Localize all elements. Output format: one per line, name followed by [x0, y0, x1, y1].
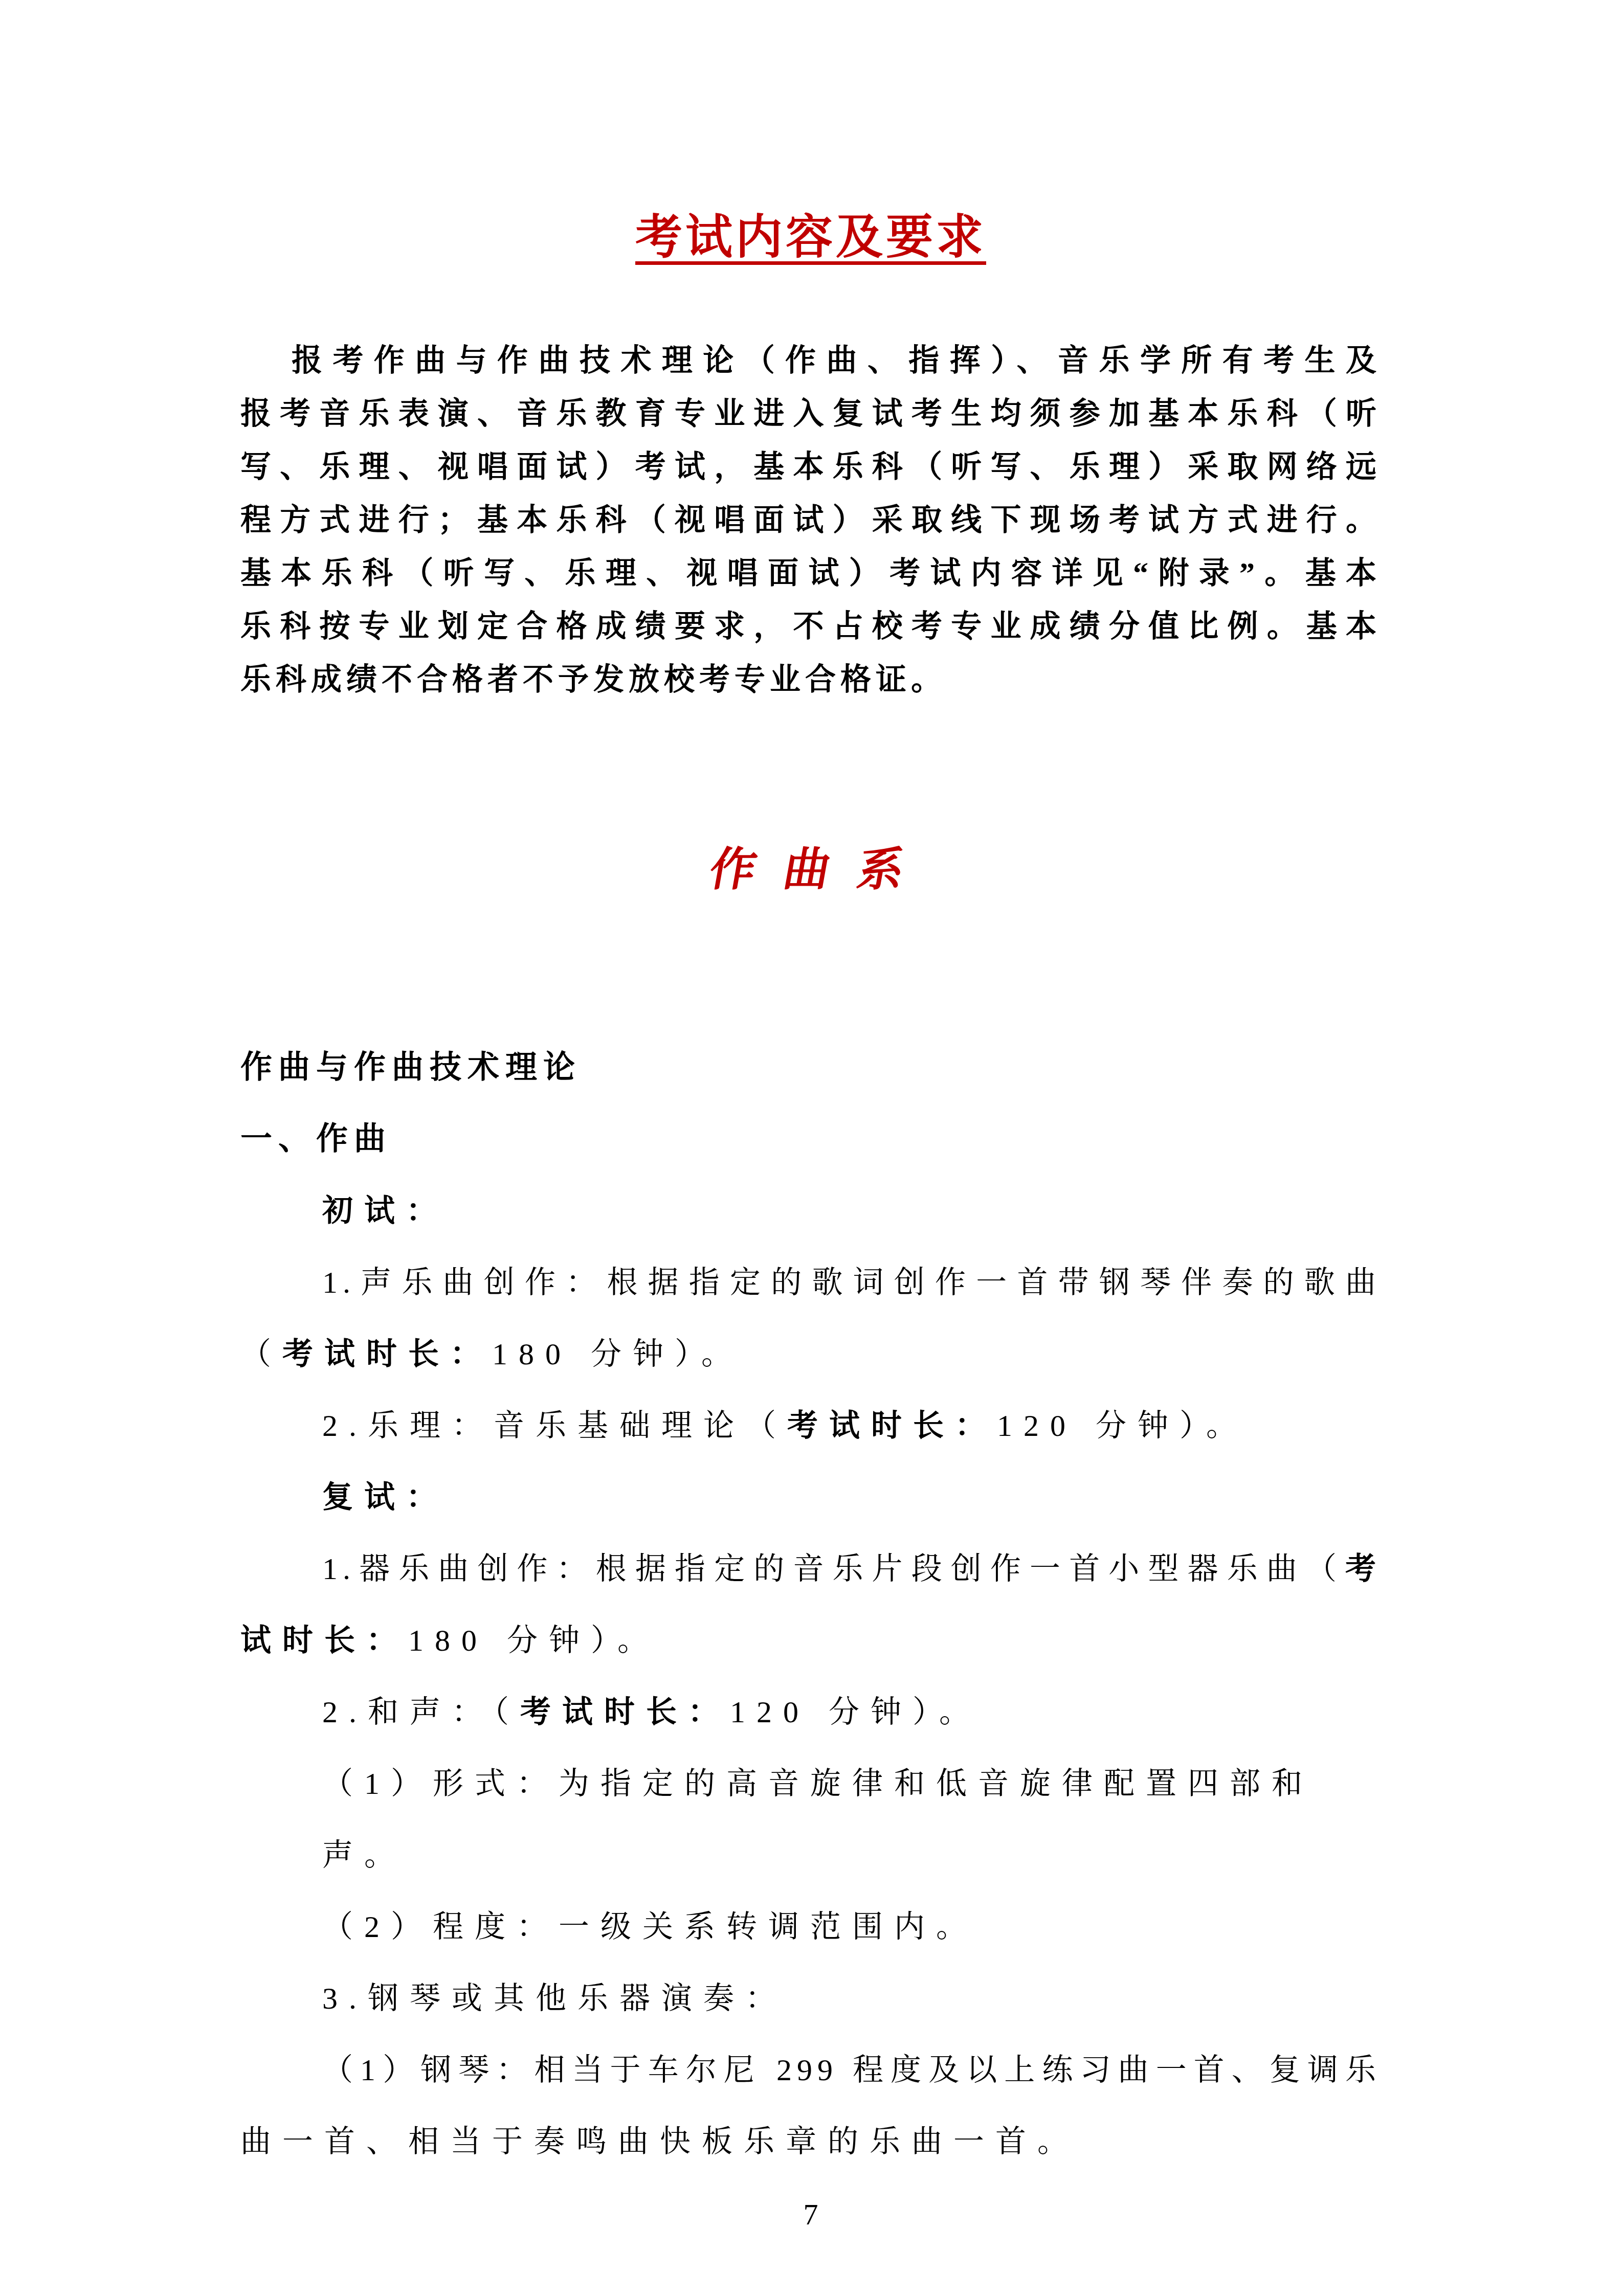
line-segment: （1）钢琴：相当于车尔尼 299 程度及以上练习曲一首、复调乐: [322, 2053, 1381, 2087]
line-segment-bold: 考试时长：: [520, 1695, 730, 1729]
department-heading: 作 曲 系: [240, 842, 1381, 899]
line-segment-bold: 考试时长：: [787, 1409, 997, 1443]
line-segment-bold: 考: [1345, 1552, 1381, 1586]
intro-line: 程方式进行；基本乐科（视唱面试）采取线下现场考试方式进行。: [240, 493, 1381, 547]
intro-line: 乐科按专业划定合格成绩要求，不占校考专业成绩分值比例。基本: [240, 600, 1381, 653]
line-segment: 2.乐理：音乐基础理论（: [322, 1409, 787, 1443]
piano-requirement-item: （1）钢琴：相当于车尔尼 299 程度及以上练习曲一首、复调乐: [240, 2034, 1381, 2106]
section-heading: 作曲与作曲技术理论: [240, 1032, 1381, 1104]
intro-paragraph: 报考作曲与作曲技术理论（作曲、指挥）、音乐学所有考生及 报考音乐表演、音乐教育专…: [240, 334, 1381, 706]
line-segment: 180 分钟）。: [408, 1624, 659, 1657]
intro-line: 乐科成绩不合格者不予发放校考专业合格证。: [240, 653, 1381, 706]
line-segment: 3.钢琴或其他乐器演奏：: [322, 1982, 787, 2015]
line-segment: （1）形式：为指定的高音旋律和低音旋律配置四部和声。: [322, 1767, 1314, 1872]
exam-duration-line: （考试时长：180 分钟）。: [240, 1318, 1381, 1390]
composition-section: 作曲与作曲技术理论 一、作曲 初试： 1.声乐曲创作：根据指定的歌词创作一首带钢…: [240, 1032, 1381, 2177]
intro-line: 报考音乐表演、音乐教育专业进入复试考生均须参加基本乐科（听: [240, 387, 1381, 440]
line-segment-bold: 复试：: [322, 1480, 448, 1514]
line-segment: 1.声乐曲创作：根据指定的歌词创作一首带钢琴伴奏的歌曲: [322, 1266, 1381, 1299]
department-heading-text: 作 曲 系: [705, 842, 917, 899]
page-title-text: 考试内容及要求: [635, 211, 986, 263]
instrumental-composition-item: 1.器乐曲创作：根据指定的音乐片段创作一首小型器乐曲（考: [240, 1533, 1381, 1605]
page-number: 7: [240, 2197, 1381, 2233]
line-segment: （2）程度：一级关系转调范围内。: [322, 1910, 978, 1944]
duration-continuation-line: 试时长：180 分钟）。: [240, 1605, 1381, 1676]
line-segment: 1.器乐曲创作：根据指定的音乐片段创作一首小型器乐曲（: [322, 1552, 1345, 1586]
piano-requirement-continuation: 曲一首、相当于奏鸣曲快板乐章的乐曲一首。: [240, 2106, 1381, 2177]
line-segment: 曲一首、相当于奏鸣曲快板乐章的乐曲一首。: [240, 2125, 1079, 2158]
line-segment-bold: 试时长：: [240, 1624, 408, 1657]
harmony-item: 2.和声：（考试时长：120 分钟）。: [240, 1676, 1381, 1748]
vocal-composition-item: 1.声乐曲创作：根据指定的歌词创作一首带钢琴伴奏的歌曲: [240, 1247, 1381, 1318]
line-segment: 120 分钟）。: [730, 1695, 981, 1729]
document-page: 考试内容及要求 报考作曲与作曲技术理论（作曲、指挥）、音乐学所有考生及 报考音乐…: [0, 0, 1624, 2296]
preliminary-round-label: 初试：: [240, 1175, 1381, 1247]
piano-performance-item: 3.钢琴或其他乐器演奏：: [240, 1963, 1381, 2034]
line-segment: 180 分钟）。: [492, 1337, 743, 1371]
intro-line: 报考作曲与作曲技术理论（作曲、指挥）、音乐学所有考生及: [240, 334, 1381, 387]
line-segment: 120 分钟）。: [997, 1409, 1248, 1443]
line-segment: 2.和声：（: [322, 1695, 520, 1729]
music-theory-item: 2.乐理：音乐基础理论（考试时长：120 分钟）。: [240, 1390, 1381, 1461]
final-round-label: 复试：: [240, 1461, 1381, 1533]
section-subheading: 一、作曲: [240, 1104, 1381, 1175]
harmony-form-item: （1）形式：为指定的高音旋律和低音旋律配置四部和声。: [240, 1748, 1381, 1891]
harmony-level-item: （2）程度：一级关系转调范围内。: [240, 1891, 1381, 1963]
line-segment-bold: 初试：: [322, 1194, 448, 1228]
intro-line: 基本乐科（听写、乐理、视唱面试）考试内容详见“附录”。基本: [240, 547, 1381, 600]
page-title: 考试内容及要求: [240, 207, 1381, 267]
line-segment-bold: 考试时长：: [282, 1337, 492, 1371]
line-segment: （: [240, 1337, 282, 1371]
intro-line: 写、乐理、视唱面试）考试，基本乐科（听写、乐理）采取网络远: [240, 440, 1381, 493]
